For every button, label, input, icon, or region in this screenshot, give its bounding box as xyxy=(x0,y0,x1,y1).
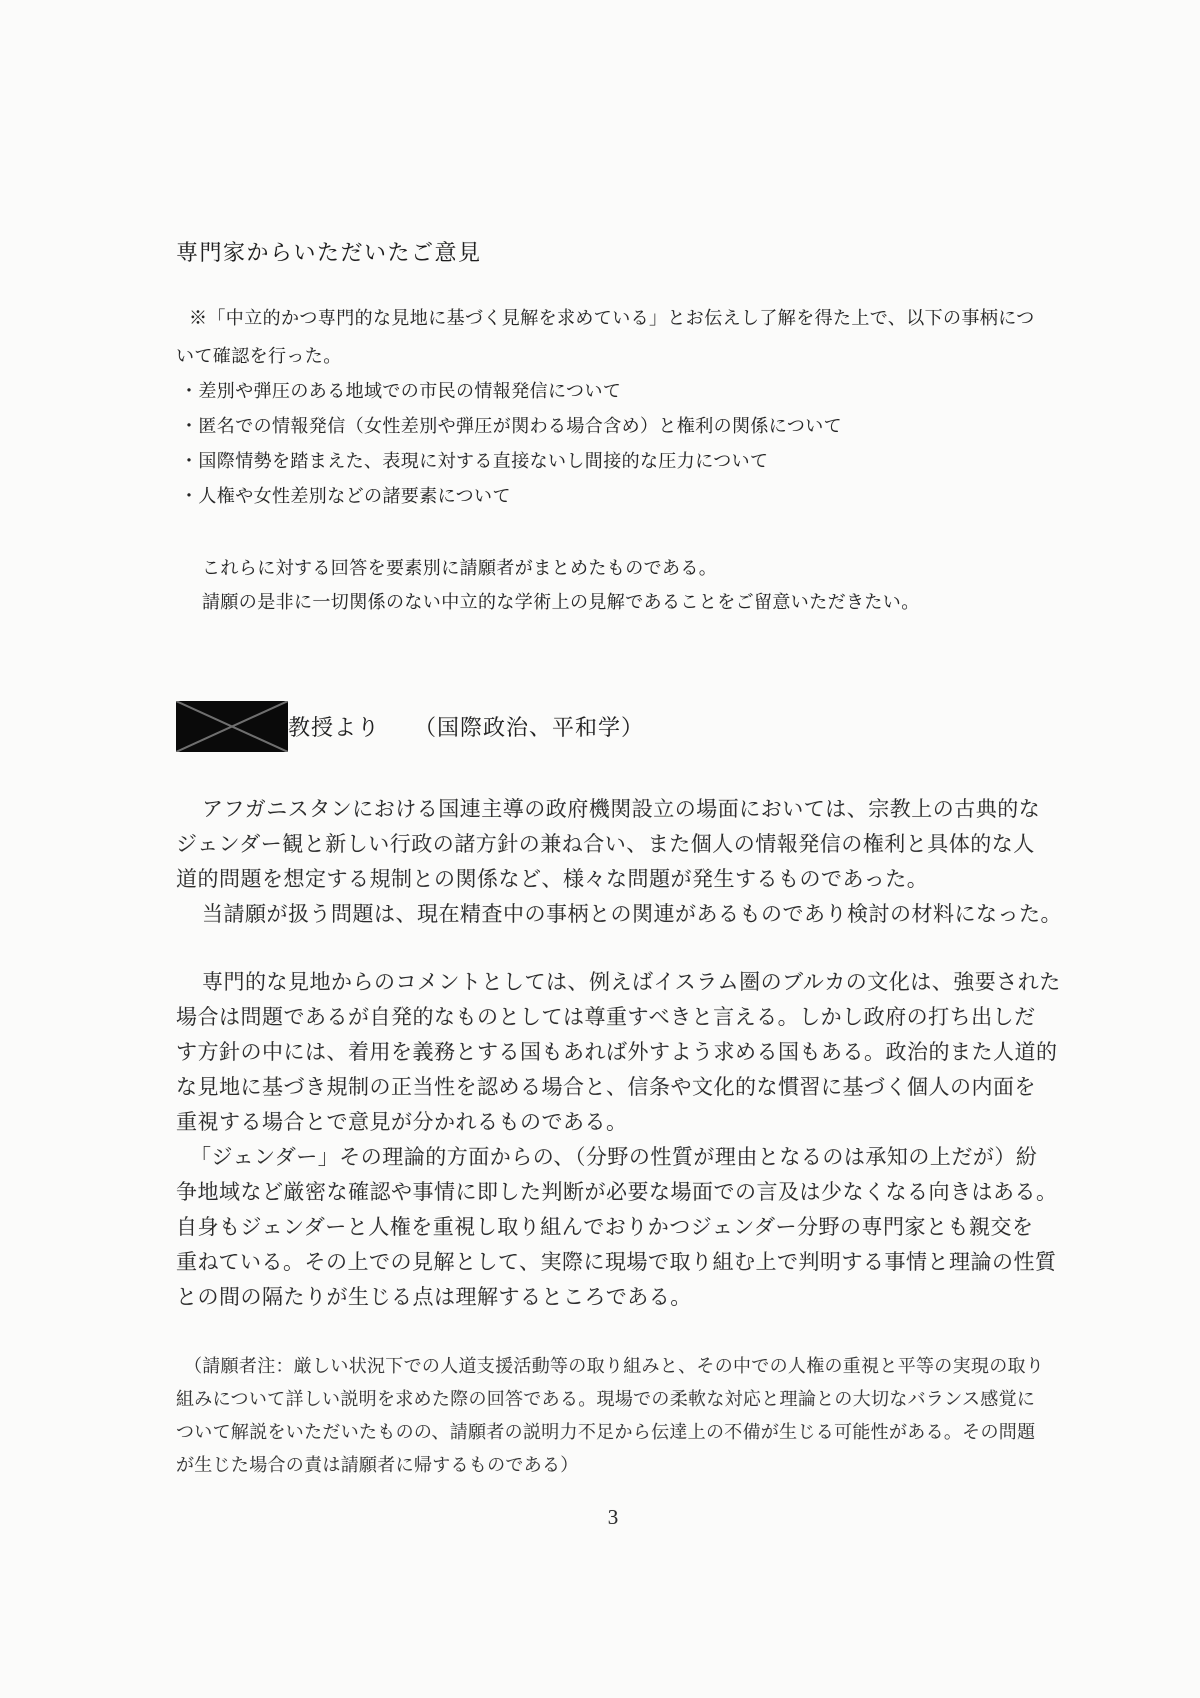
text-line: す方針の中には、着用を義務とする国もあれば外すよう求める国もある。政治的また人道… xyxy=(176,1035,1050,1070)
text-line: これらに対する回答を要素別に請願者がまとめたものである。 xyxy=(176,551,1050,585)
text-line: 組みについて詳しい説明を求めた際の回答である。現場での柔軟な対応と理論との大切な… xyxy=(176,1383,1050,1416)
text-line: ジェンダー観と新しい行政の諸方針の兼ね合い、また個人の情報発信の権利と具体的な人 xyxy=(176,827,1050,862)
text-line: な見地に基づき規制の正当性を認める場合と、信条や文化的な慣習に基づく個人の内面を xyxy=(176,1070,1050,1105)
expert-title: 教授より xyxy=(288,711,380,742)
text-line: 請願の是非に一切関係のない中立的な学術上の見解であることをご留意いただきたい。 xyxy=(176,585,1050,619)
text-line: 専門的な見地からのコメントとしては、例えばイスラム圏のブルカの文化は、強要された xyxy=(176,965,1050,1000)
text-line: が生じた場合の責は請願者に帰するものである） xyxy=(176,1449,1050,1482)
text-line: 争地域など厳密な確認や事情に即した判断が必要な場面での言及は少なくなる向きはある… xyxy=(176,1175,1050,1210)
expert-heading-row: 教授より （国際政治、平和学） xyxy=(176,701,1050,752)
text-line: ついて解説をいただいたものの、請願者の説明力不足から伝達上の不備が生じる可能性が… xyxy=(176,1416,1050,1449)
text-line: 重視する場合とで意見が分かれるものである。 xyxy=(176,1105,1050,1140)
scanned-document-page: 専門家からいただいたご意見 ※「中立的かつ専門的な見地に基づく見解を求めている」… xyxy=(0,0,1200,1698)
list-item: ・国際情勢を踏まえた、表現に対する直接ないし間接的な圧力について xyxy=(176,444,1050,479)
text-line: （請願者注：厳しい状況下での人道支援活動等の取り組みと、その中での人権の重視と平… xyxy=(176,1350,1050,1383)
list-item: ・人権や女性差別などの諸要素について xyxy=(176,479,1050,514)
survey-remarks: これらに対する回答を要素別に請願者がまとめたものである。 請願の是非に一切関係の… xyxy=(176,551,1050,619)
redaction-box xyxy=(176,701,288,752)
text-line: アフガニスタンにおける国連主導の政府機関設立の場面においては、宗教上の古典的な xyxy=(176,792,1050,827)
text-line: 場合は問題であるが自発的なものとしては尊重すべきと言える。しかし政府の打ち出しだ xyxy=(176,1000,1050,1035)
text-line: との間の隔たりが生じる点は理解するところである。 xyxy=(176,1280,1050,1315)
expert-paragraph-1: アフガニスタンにおける国連主導の政府機関設立の場面においては、宗教上の古典的な … xyxy=(176,792,1050,932)
text-line: 「ジェンダー」その理論的方面からの、（分野の性質が理由となるのは承知の上だが）紛 xyxy=(176,1140,1050,1175)
text-line: 道的問題を想定する規制との関係など、様々な問題が発生するものであった。 xyxy=(176,862,1050,897)
text-line: いて確認を行った。 xyxy=(176,337,1050,375)
text-line: 自身もジェンダーと人権を重視し取り組んでおりかつジェンダー分野の専門家とも親交を xyxy=(176,1210,1050,1245)
petitioner-note: （請願者注：厳しい状況下での人道支援活動等の取り組みと、その中での人権の重視と平… xyxy=(176,1350,1050,1482)
list-item: ・匿名での情報発信（女性差別や弾圧が関わる場合含め）と権利の関係について xyxy=(176,409,1050,444)
survey-topic-list: ・差別や弾圧のある地域での市民の情報発信について ・匿名での情報発信（女性差別や… xyxy=(176,374,1050,514)
text-line: ※「中立的かつ専門的な見地に基づく見解を求めている」とお伝えし了解を得た上で、以… xyxy=(176,299,1050,337)
text-line: 重ねている。その上での見解として、実際に現場で取り組む上で判明する事情と理論の性… xyxy=(176,1245,1050,1280)
text-line: 当請願が扱う問題は、現在精査中の事柄との関連があるものであり検討の材料になった。 xyxy=(176,897,1050,932)
expert-specialty: （国際政治、平和学） xyxy=(414,711,644,742)
survey-intro: ※「中立的かつ専門的な見地に基づく見解を求めている」とお伝えし了解を得た上で、以… xyxy=(176,299,1050,375)
page-number: 3 xyxy=(176,1505,1050,1530)
page-heading: 専門家からいただいたご意見 xyxy=(176,236,1050,267)
list-item: ・差別や弾圧のある地域での市民の情報発信について xyxy=(176,374,1050,409)
expert-paragraph-2: 専門的な見地からのコメントとしては、例えばイスラム圏のブルカの文化は、強要された… xyxy=(176,965,1050,1315)
